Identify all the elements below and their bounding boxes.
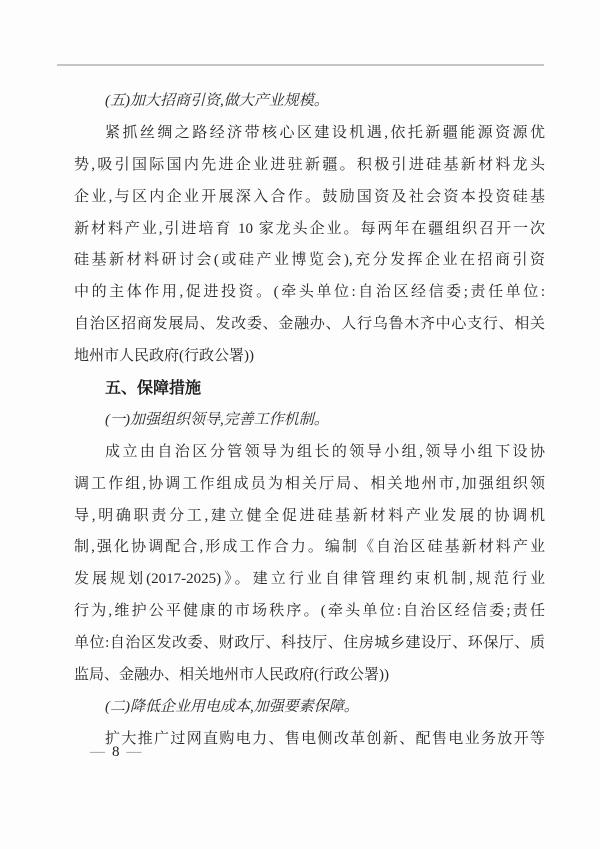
doc-text-line: 制,强化协调配合,形成工作合力。编制《自治区硅基新材料产业 bbox=[74, 532, 545, 564]
doc-text-line: 行为,维护公平健康的市场秩序。(牵头单位:自治区经信委;责任 bbox=[74, 596, 545, 628]
doc-text-line: 导,明确职责分工,建立健全促进硅基新材料产业发展的协调机 bbox=[74, 501, 545, 533]
doc-text-line: 硅基新材料研讨会(或硅产业博览会),充分发挥企业在招商引资 bbox=[74, 245, 545, 277]
page-number: —8— bbox=[84, 742, 149, 762]
header-rule bbox=[57, 64, 544, 66]
doc-text-line: 监局、金融办、相关地州市人民政府(行政公署)) bbox=[74, 660, 545, 692]
document-body: (五)加大招商引资,做大产业规模。 紧抓丝绸之路经济带核心区建设机遇,依托新疆能… bbox=[74, 86, 545, 756]
doc-text-line: 发展规划(2017-2025)》。建立行业自律管理约束机制,规范行业 bbox=[74, 564, 545, 596]
doc-text-line: 企业,与区内企业开展深入合作。鼓励国资及社会资本投资硅基 bbox=[74, 182, 545, 214]
doc-text-line: 中的主体作用,促进投资。(牵头单位:自治区经信委;责任单位: bbox=[74, 277, 545, 309]
doc-text-line: 调工作组,协调工作组成员为相关厅局、相关地州市,加强组织领 bbox=[74, 469, 545, 501]
page-number-dash-left: — bbox=[84, 744, 112, 760]
doc-text-line: 紧抓丝绸之路经济带核心区建设机遇,依托新疆能源资源优 bbox=[74, 118, 545, 150]
subsection-heading-2: (二)降低企业用电成本,加强要素保障。 bbox=[74, 692, 545, 724]
page-number-dash-right: — bbox=[121, 744, 149, 760]
subsection-heading-5: (五)加大招商引资,做大产业规模。 bbox=[74, 86, 545, 118]
doc-text-line: 地州市人民政府(行政公署)) bbox=[74, 341, 545, 373]
document-page: (五)加大招商引资,做大产业规模。 紧抓丝绸之路经济带核心区建设机遇,依托新疆能… bbox=[0, 0, 600, 849]
section-heading-safeguard-measures: 五、保障措施 bbox=[74, 373, 545, 405]
doc-text-line: 单位:自治区发改委、财政厅、科技厅、住房城乡建设厅、环保厅、质 bbox=[74, 628, 545, 660]
doc-text-line: 新材料产业,引进培育 10 家龙头企业。每两年在疆组织召开一次 bbox=[74, 214, 545, 246]
doc-text-line: 势,吸引国际国内先进企业进驻新疆。积极引进硅基新材料龙头 bbox=[74, 150, 545, 182]
page-number-value: 8 bbox=[112, 744, 121, 760]
doc-text-line: 自治区招商发展局、发改委、金融办、人行乌鲁木齐中心支行、相关 bbox=[74, 309, 545, 341]
subsection-heading-1: (一)加强组织领导,完善工作机制。 bbox=[74, 405, 545, 437]
doc-text-line: 成立由自治区分管领导为组长的领导小组,领导小组下设协 bbox=[74, 437, 545, 469]
